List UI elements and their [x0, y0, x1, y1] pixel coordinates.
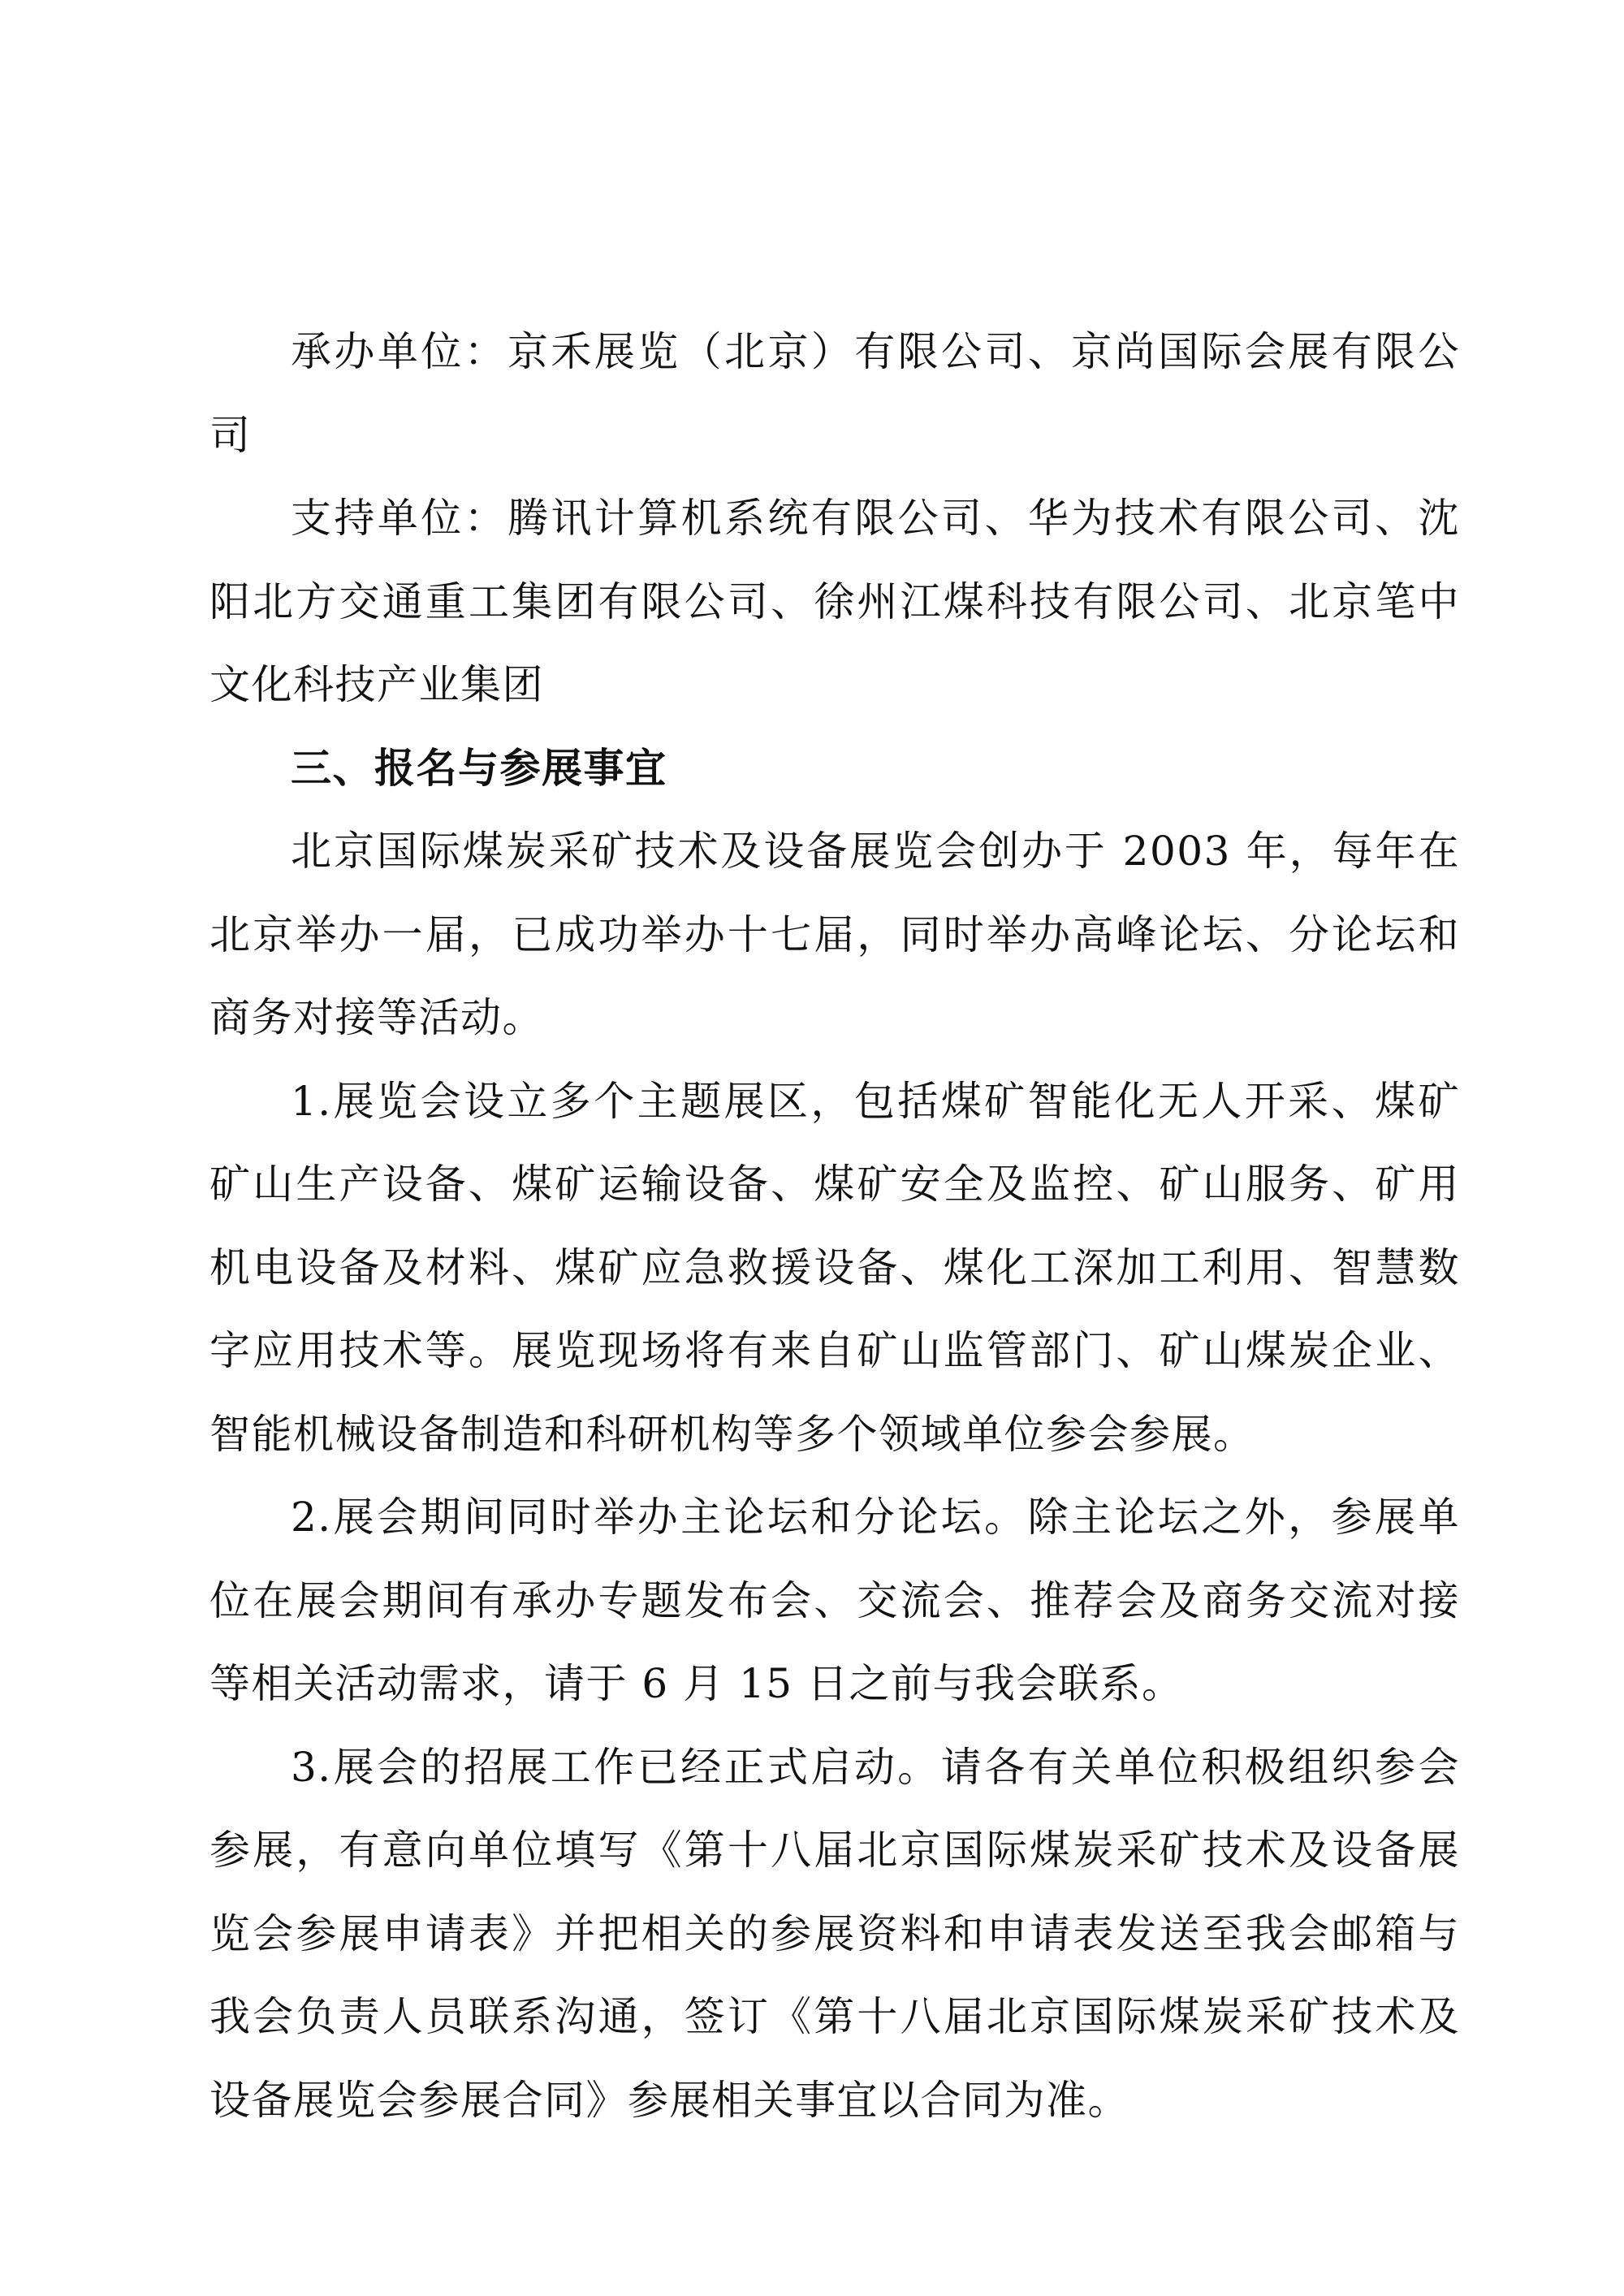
organizer-paragraph: 承办单位：京禾展览（北京）有限公司、京尚国际会展有限公司 — [209, 310, 1460, 477]
document-page: 承办单位：京禾展览（北京）有限公司、京尚国际会展有限公司 支持单位：腾讯计算机系… — [209, 310, 1460, 2142]
item-1-paragraph: 1.展览会设立多个主题展区，包括煤矿智能化无人开采、煤矿矿山生产设备、煤矿运输设… — [209, 1060, 1460, 1477]
item-3-paragraph: 3.展会的招展工作已经正式启动。请各有关单位积极组织参会参展，有意向单位填写《第… — [209, 1726, 1460, 2143]
item-2-paragraph: 2.展会期间同时举办主论坛和分论坛。除主论坛之外，参展单位在展会期间有承办专题发… — [209, 1476, 1460, 1726]
support-paragraph: 支持单位：腾讯计算机系统有限公司、华为技术有限公司、沈阳北方交通重工集团有限公司… — [209, 477, 1460, 727]
section-heading: 三、报名与参展事宜 — [209, 727, 1460, 811]
intro-paragraph: 北京国际煤炭采矿技术及设备展览会创办于 2003 年，每年在北京举办一届，已成功… — [209, 810, 1460, 1060]
